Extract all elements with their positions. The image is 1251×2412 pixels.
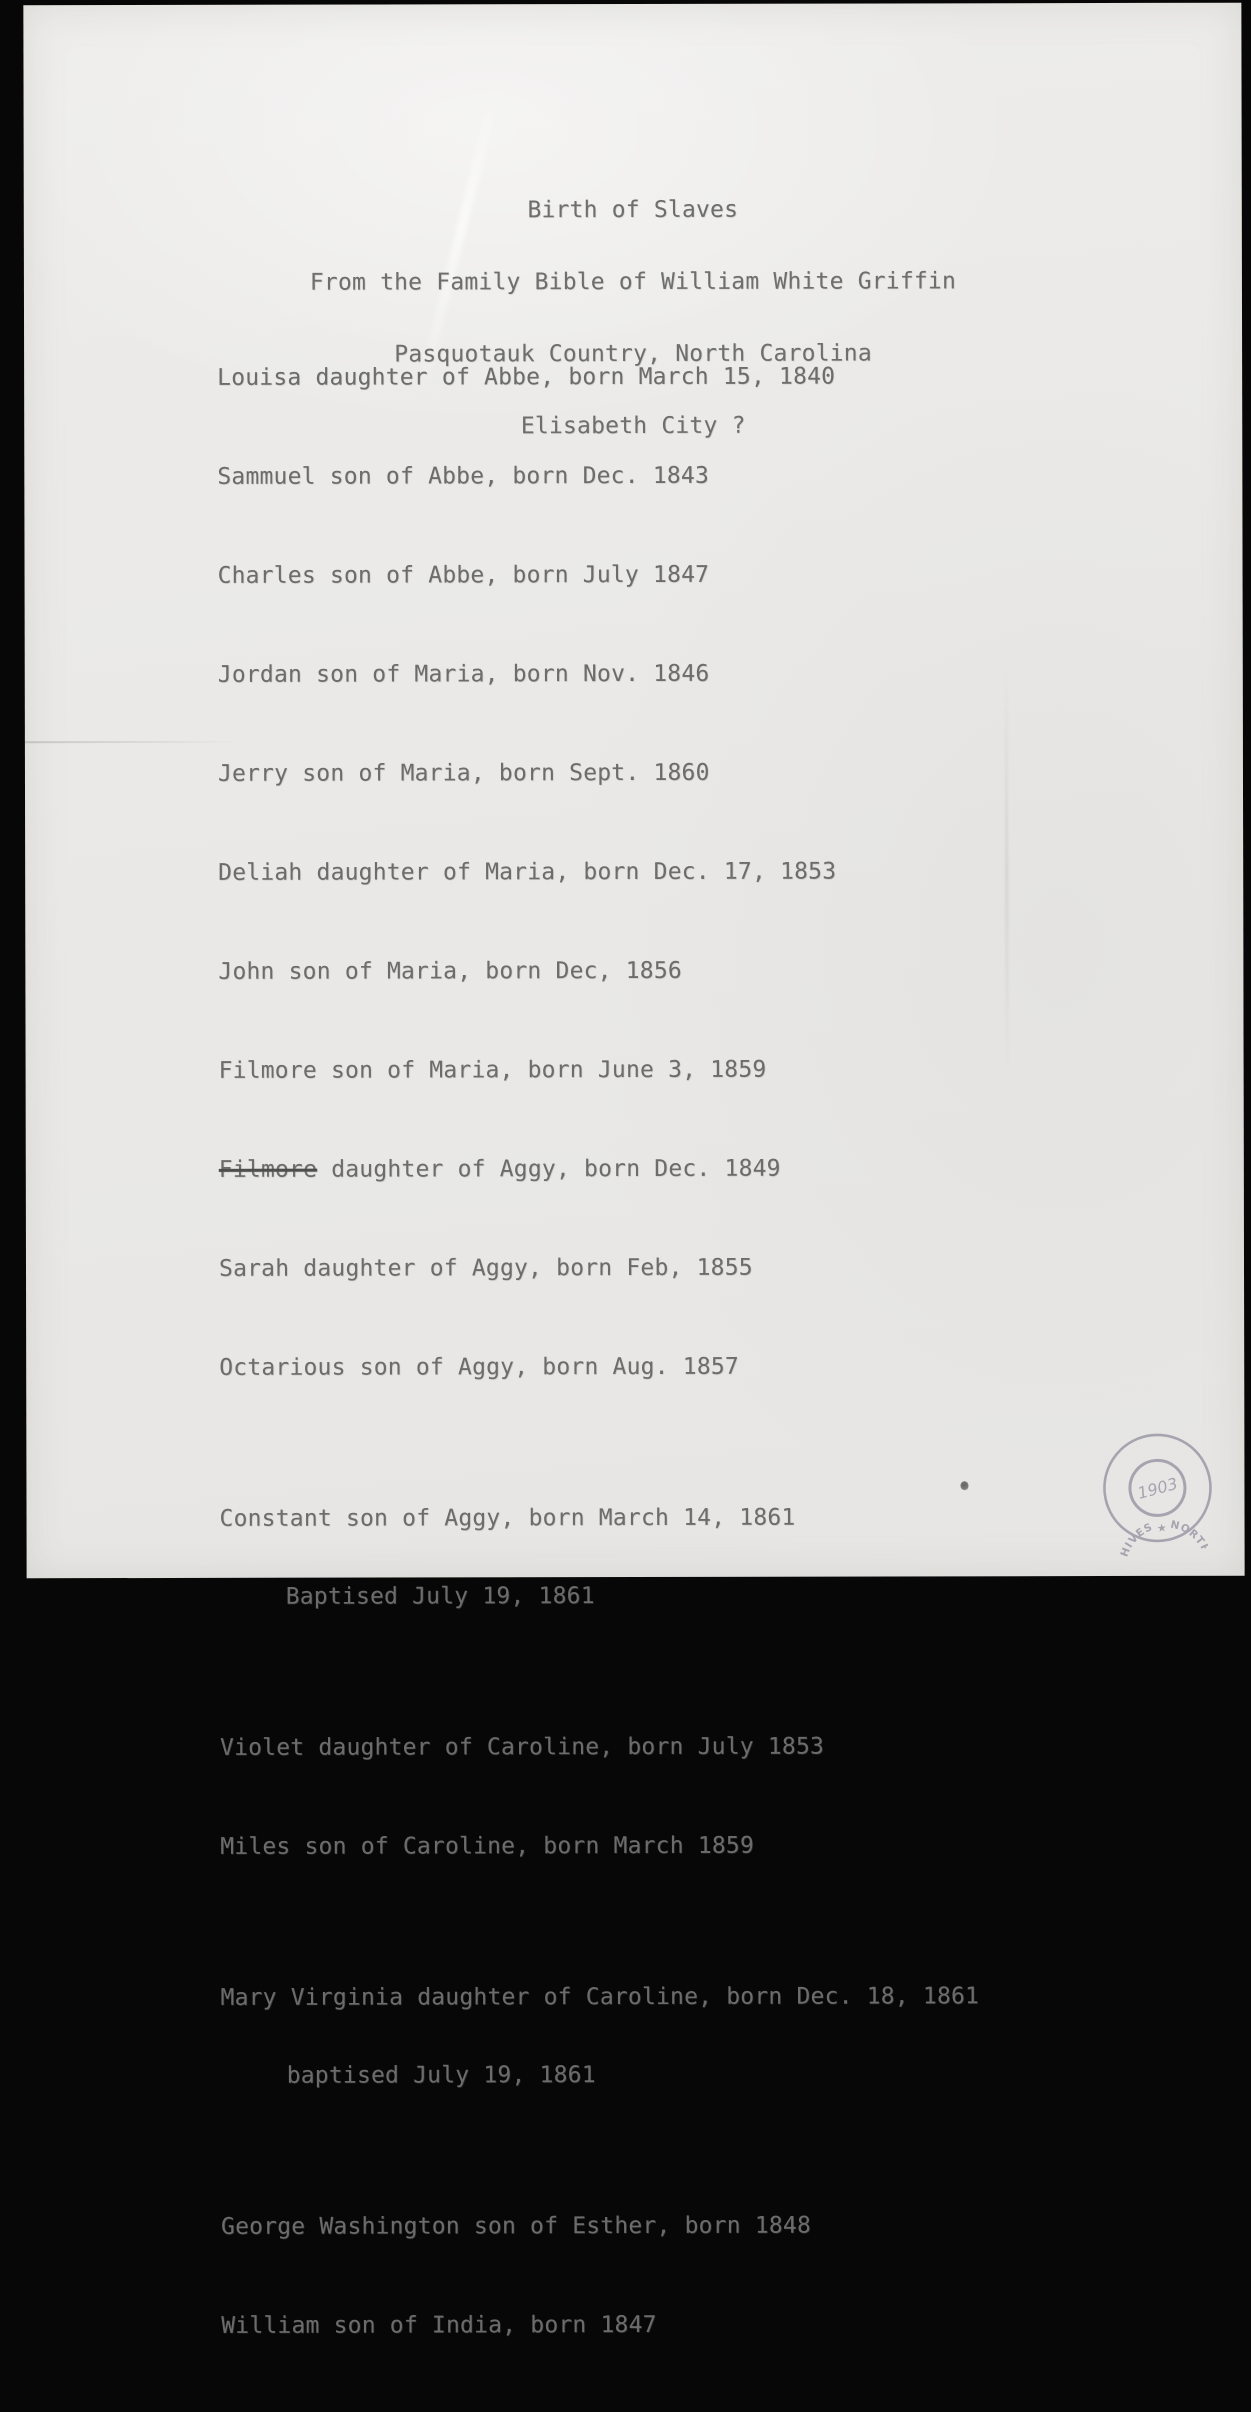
scanner-background: Birth of Slaves From the Family Bible of… bbox=[0, 0, 1251, 1600]
archive-stamp: NORTH CAROLINA STATE ARCHIVES 1903 ★ bbox=[1086, 1416, 1229, 1559]
struck-name-text: Filmore bbox=[219, 1157, 317, 1183]
document-subtitle: From the Family Bible of William White G… bbox=[24, 269, 1242, 296]
record-text: Constant son of Aggy, born March 14, 186… bbox=[219, 1504, 1219, 1532]
document-title: Birth of Slaves bbox=[24, 197, 1242, 224]
record-line: Jerry son of Maria, born Sept. 1860 bbox=[218, 759, 1218, 787]
document-page: Birth of Slaves From the Family Bible of… bbox=[23, 3, 1244, 1579]
record-text: Charles son of Abbe, born July 1847 bbox=[218, 562, 710, 589]
record-line: Charles son of Abbe, born July 1847 bbox=[218, 561, 1218, 589]
record-baptism-text: Baptised July 19, 1861 bbox=[220, 1582, 1220, 1600]
record-text: Jordan son of Maria, born Nov. 1846 bbox=[218, 661, 710, 688]
birth-records-list: Louisa daughter of Abbe, born March 15, … bbox=[217, 311, 1221, 1600]
record-text: John son of Maria, born Dec, 1856 bbox=[218, 958, 682, 985]
record-line: Octarious son of Aggy, born Aug. 1857 bbox=[219, 1353, 1219, 1381]
record-line: Louisa daughter of Abbe, born March 15, … bbox=[217, 363, 1217, 391]
record-line-struck: Filmore daughter of Aggy, born Dec. 1849 bbox=[219, 1155, 1219, 1183]
stamp-year-label: 1903 bbox=[1135, 1474, 1179, 1503]
record-text: Octarious son of Aggy, born Aug. 1857 bbox=[219, 1354, 739, 1381]
record-text: Louisa daughter of Abbe, born March 15, … bbox=[217, 364, 835, 391]
record-text: daughter of Aggy, born Dec. 1849 bbox=[317, 1156, 781, 1183]
record-text: Sammuel son of Abbe, born Dec. 1843 bbox=[217, 463, 709, 490]
record-line: Filmore son of Maria, born June 3, 1859 bbox=[219, 1056, 1219, 1084]
record-line: John son of Maria, born Dec, 1856 bbox=[218, 957, 1218, 985]
paper-fold-line bbox=[25, 741, 240, 743]
record-text: Sarah daughter of Aggy, born Feb, 1855 bbox=[219, 1255, 753, 1282]
record-line: Sarah daughter of Aggy, born Feb, 1855 bbox=[219, 1254, 1219, 1282]
record-line: Sammuel son of Abbe, born Dec. 1843 bbox=[217, 462, 1217, 490]
record-line: Jordan son of Maria, born Nov. 1846 bbox=[218, 660, 1218, 688]
star-icon: ★ bbox=[1156, 1521, 1167, 1535]
record-text: Jerry son of Maria, born Sept. 1860 bbox=[218, 760, 710, 787]
record-line: Constant son of Aggy, born March 14, 186… bbox=[219, 1452, 1219, 1600]
record-text: Deliah daughter of Maria, born Dec. 17, … bbox=[218, 859, 836, 886]
ink-speck bbox=[960, 1481, 968, 1490]
record-text: Filmore son of Maria, born June 3, 1859 bbox=[219, 1057, 767, 1084]
record-line: Deliah daughter of Maria, born Dec. 17, … bbox=[218, 858, 1218, 886]
